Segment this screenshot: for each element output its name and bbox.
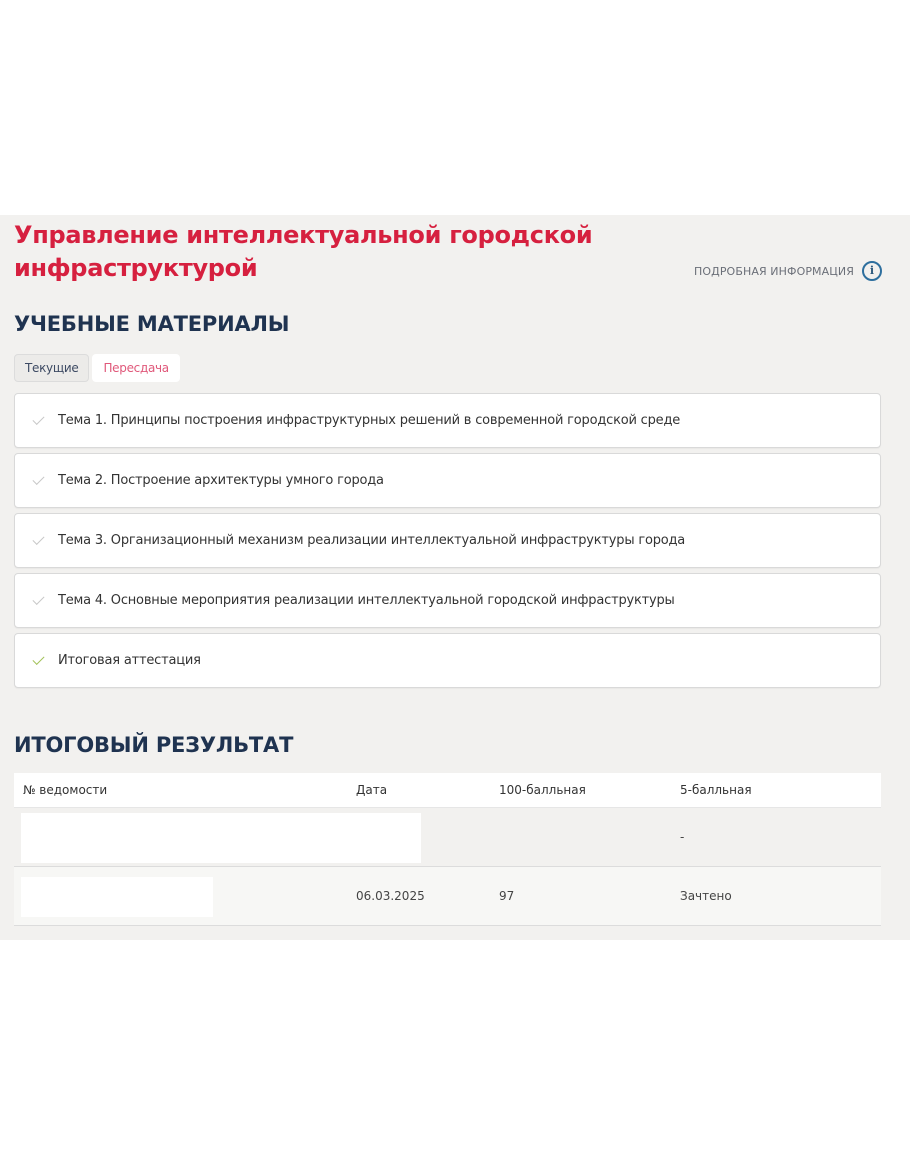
topic-label: Тема 3. Организационный механизм реализа… bbox=[58, 533, 685, 548]
result-section-title: ИТОГОВЫЙ РЕЗУЛЬТАТ bbox=[14, 733, 293, 757]
redacted-area bbox=[21, 813, 421, 863]
column-header-date: Дата bbox=[356, 783, 499, 797]
tab-current[interactable]: Текущие bbox=[14, 354, 89, 382]
topic-item-3[interactable]: Тема 3. Организационный механизм реализа… bbox=[14, 513, 881, 568]
topic-item-final-attestation[interactable]: Итоговая аттестация bbox=[14, 633, 881, 688]
more-info-link[interactable]: ПОДРОБНАЯ ИНФОРМАЦИЯ i bbox=[694, 261, 882, 281]
topic-item-1[interactable]: Тема 1. Принципы построения инфраструкту… bbox=[14, 393, 881, 448]
cell-score-100: 97 bbox=[499, 889, 680, 903]
results-table: № ведомости Дата 100-балльная 5-балльная… bbox=[14, 773, 881, 926]
course-title: Управление интеллектуальной городской ин… bbox=[14, 219, 634, 285]
cell-score-5: Зачтено bbox=[680, 889, 881, 903]
tab-retake[interactable]: Пересдача bbox=[92, 354, 179, 382]
column-header-score-100: 100-балльная bbox=[499, 783, 680, 797]
check-icon bbox=[32, 533, 44, 545]
course-page: Управление интеллектуальной городской ин… bbox=[0, 215, 910, 940]
results-table-header: № ведомости Дата 100-балльная 5-балльная bbox=[14, 773, 881, 808]
topic-label: Тема 1. Принципы построения инфраструкту… bbox=[58, 413, 680, 428]
cell-date: 06.03.2025 bbox=[356, 889, 499, 903]
topic-item-2[interactable]: Тема 2. Построение архитектуры умного го… bbox=[14, 453, 881, 508]
topics-list: Тема 1. Принципы построения инфраструкту… bbox=[14, 393, 881, 693]
info-icon[interactable]: i bbox=[862, 261, 882, 281]
topic-item-4[interactable]: Тема 4. Основные мероприятия реализации … bbox=[14, 573, 881, 628]
topic-label: Тема 4. Основные мероприятия реализации … bbox=[58, 593, 675, 608]
materials-tabs: Текущие Пересдача bbox=[14, 354, 180, 382]
column-header-score-5: 5-балльная bbox=[680, 783, 881, 797]
cell-score-5: - bbox=[680, 830, 881, 844]
more-info-label: ПОДРОБНАЯ ИНФОРМАЦИЯ bbox=[694, 265, 854, 278]
check-icon bbox=[32, 473, 44, 485]
column-header-sheet-no: № ведомости bbox=[14, 783, 356, 797]
check-icon bbox=[32, 413, 44, 425]
materials-section-title: УЧЕБНЫЕ МАТЕРИАЛЫ bbox=[14, 312, 289, 336]
topic-label: Тема 2. Построение архитектуры умного го… bbox=[58, 473, 384, 488]
redacted-area bbox=[21, 877, 213, 917]
check-icon bbox=[32, 653, 44, 665]
check-icon bbox=[32, 593, 44, 605]
topic-label: Итоговая аттестация bbox=[58, 653, 201, 668]
table-row: - bbox=[14, 808, 881, 867]
table-row: 06.03.2025 97 Зачтено bbox=[14, 867, 881, 926]
